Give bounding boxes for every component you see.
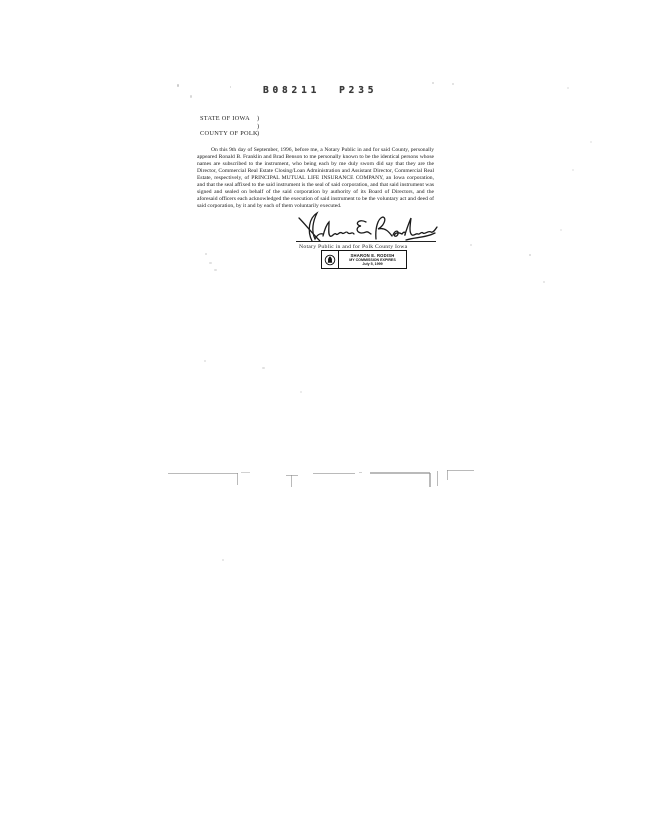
venue-county-row: COUNTY OF POLK ) — [200, 130, 290, 138]
book-page-stamp: B08211 P235 — [263, 85, 377, 96]
notary-signature — [294, 211, 438, 243]
venue-county-text: COUNTY OF POLK — [200, 130, 258, 137]
venue-state-text: STATE OF IOWA — [200, 115, 250, 122]
venue-state-row: STATE OF IOWA ) — [200, 115, 290, 123]
notary-stamp-text: SHARON E. RODISH MY COMMISSION EXPIRES J… — [339, 251, 406, 268]
venue-paren-2: ) — [257, 123, 259, 130]
notary-stamp: SHARON E. RODISH MY COMMISSION EXPIRES J… — [321, 250, 407, 269]
stamp-expiry-date: July 5, 1999 — [362, 262, 382, 266]
venue-block: STATE OF IOWA ) ) COUNTY OF POLK ) — [200, 115, 290, 138]
venue-paren-3: ) — [257, 130, 259, 138]
acknowledgment-paragraph: On this 9th day of September, 1996, befo… — [197, 147, 434, 210]
venue-paren-1: ) — [257, 115, 259, 123]
scanned-document-page: B08211 P235 STATE OF IOWA ) ) COUNTY OF … — [0, 0, 649, 840]
venue-middle-row: ) — [200, 123, 290, 131]
signature-underline — [296, 241, 436, 242]
eagle-seal-icon — [322, 251, 339, 268]
